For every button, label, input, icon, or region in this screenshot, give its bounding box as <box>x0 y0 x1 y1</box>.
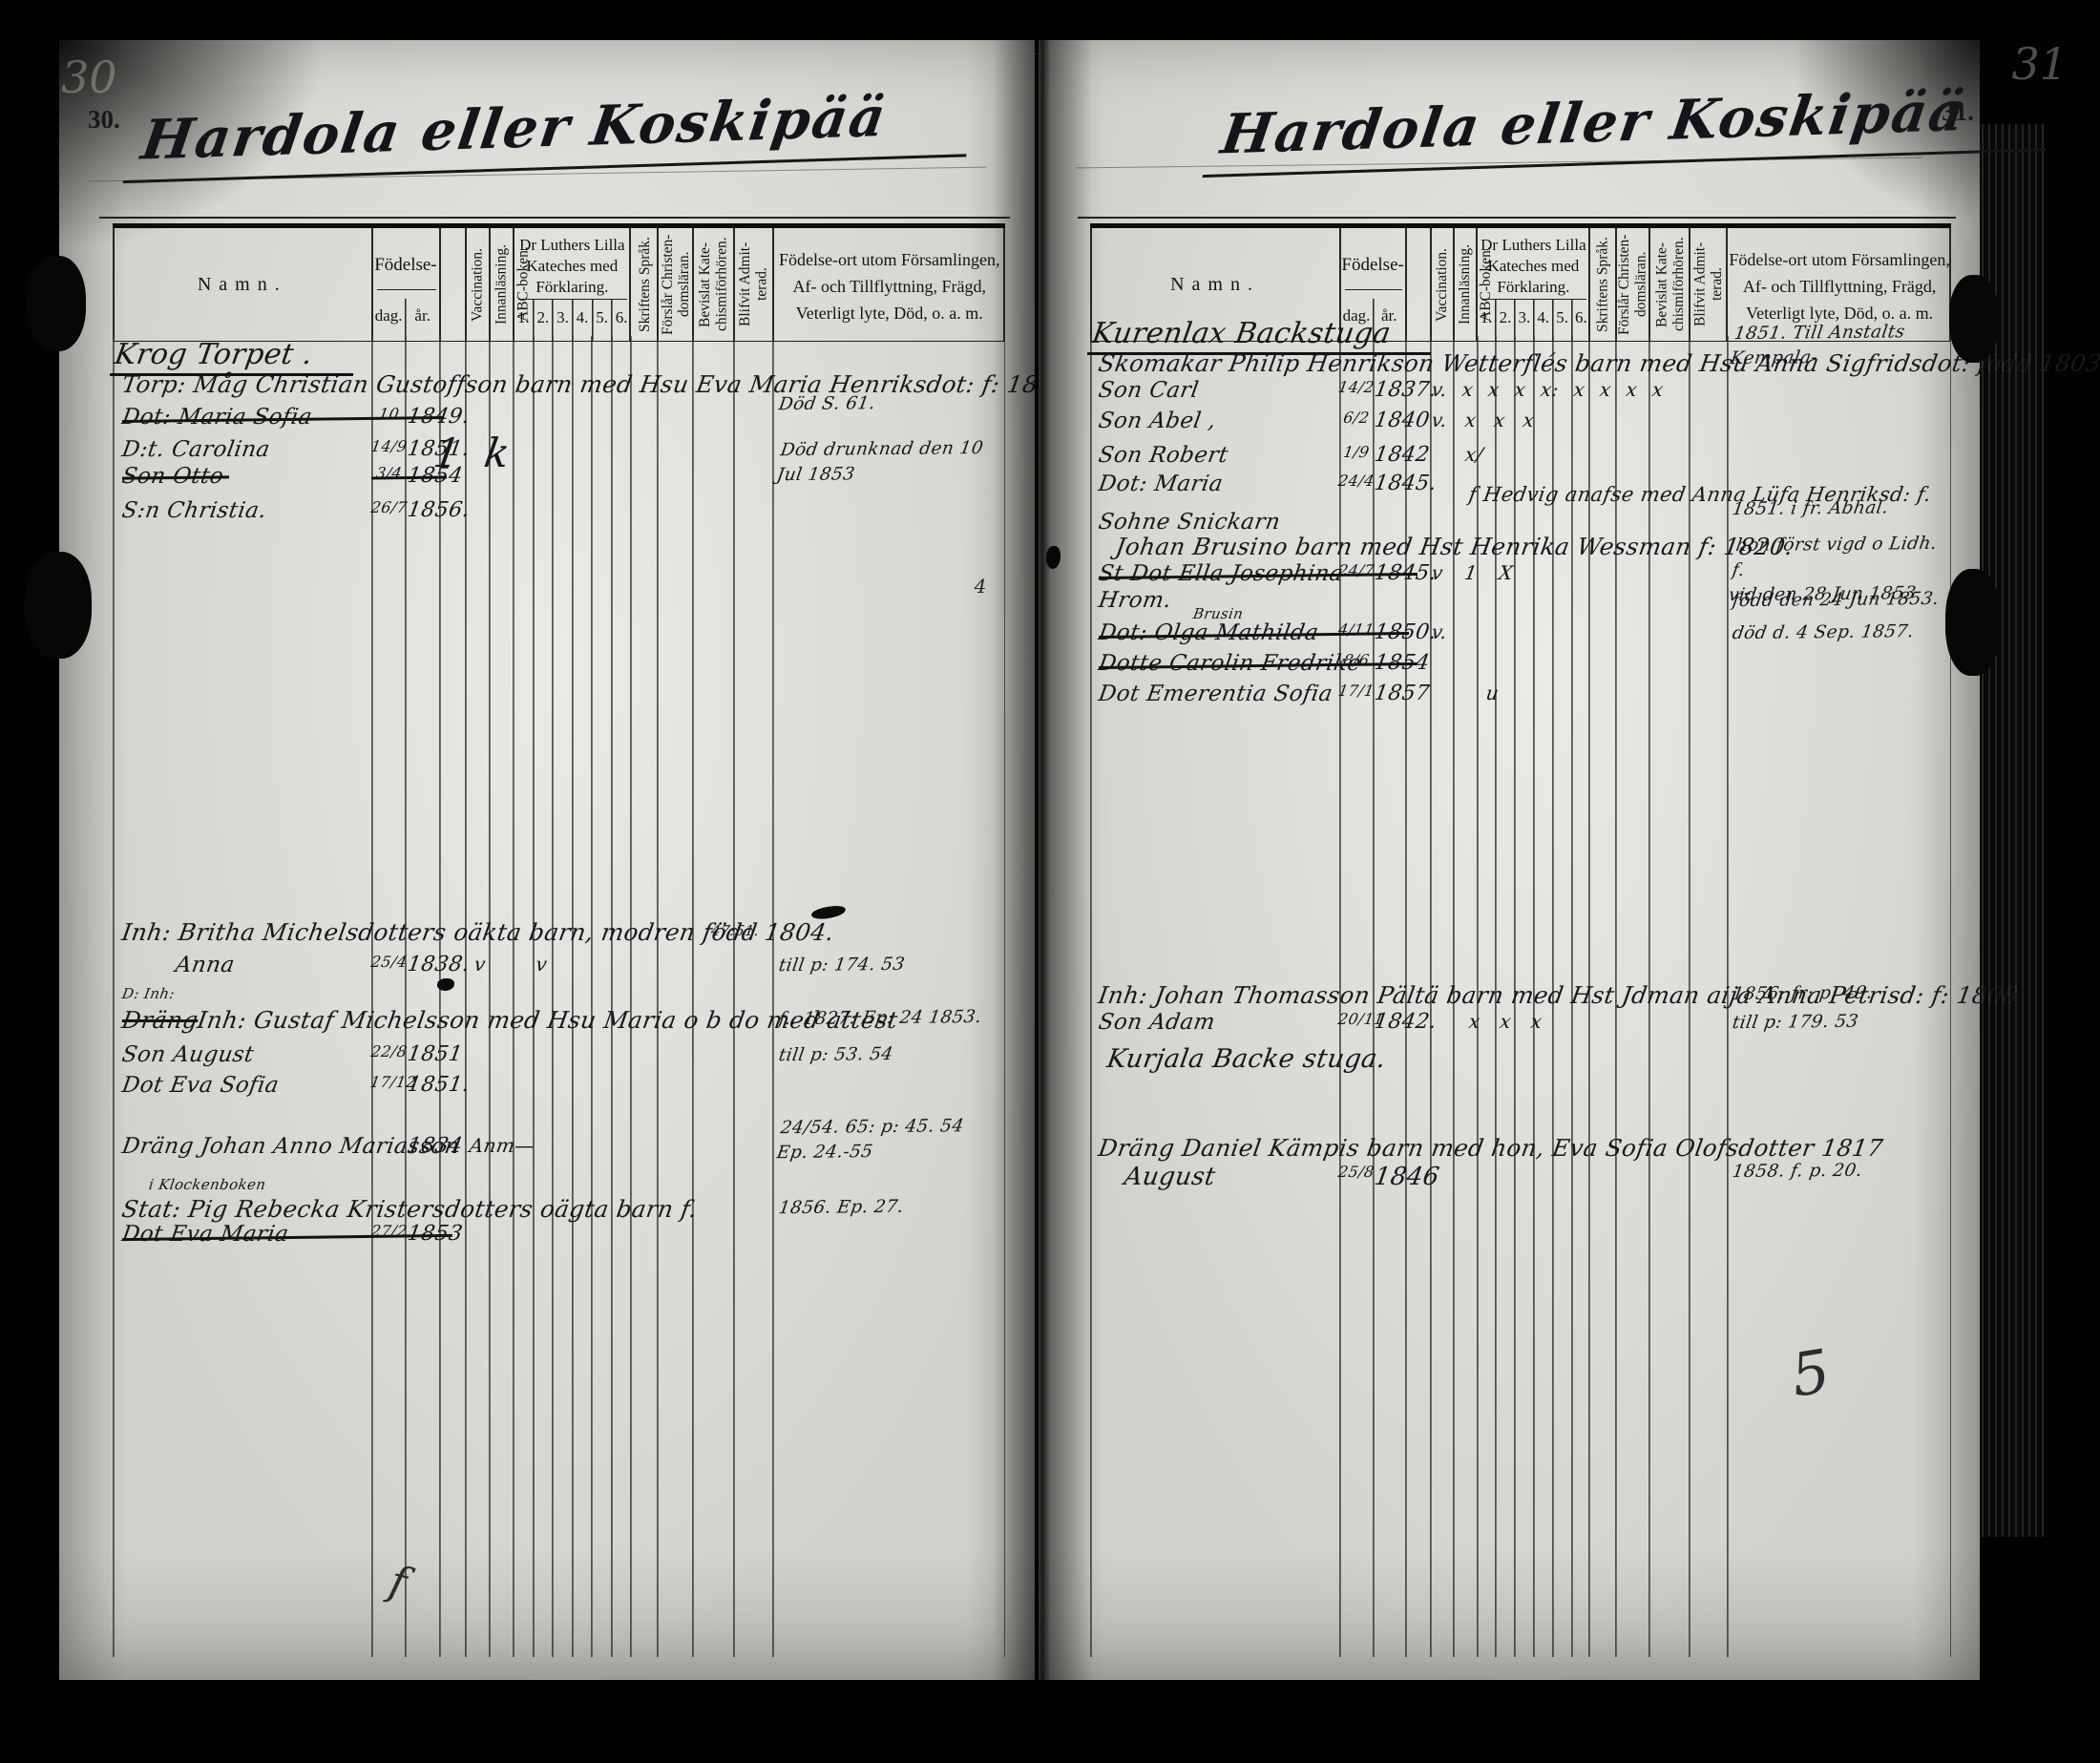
col-notes: Födelse-ort utom Församlingen, Af- och T… <box>773 247 1005 327</box>
entry-birth-year: 1851. <box>406 1073 472 1097</box>
entry-name: August <box>1123 1163 1218 1191</box>
table-row: Dot Emerentia Sofia 17/1 1857 u <box>1090 682 1951 724</box>
page-title-text: Hardola eller Koskipää <box>122 82 976 183</box>
col-namn: Namn. <box>113 274 371 296</box>
col-bevislat: Bevislat Kate- chismiförhören. <box>693 231 734 338</box>
table-body: Krog Torpet . Torp: Måg Christian Gustof… <box>113 336 1005 1657</box>
col-innanlasning: Innanläsning. <box>489 231 514 338</box>
entry-note: f.: 1827: Ep: 24 1853. <box>777 1005 1002 1032</box>
entry-name: Hrom. <box>1097 588 1173 613</box>
page-number: 31. <box>1942 97 1974 127</box>
entry-birth-day: 6/2 <box>1337 409 1376 427</box>
entry-note: till p: 53. 54 <box>777 1041 1002 1068</box>
entry-birth-year: 1834 <box>406 1134 465 1158</box>
col-kateches: Dr Luthers Lilla Kateches med Förklaring… <box>514 235 631 298</box>
entry-birth-day: 4/11 <box>1337 620 1376 639</box>
entry-name: Dot Emerentia Sofia <box>1097 682 1334 706</box>
entry-birth-year: 1857 <box>1373 682 1432 705</box>
entry-name: Dot Eva Sofia <box>119 1073 280 1098</box>
entry-annotation: i Klockenboken <box>147 1176 266 1193</box>
col-kateches-4: 4. <box>573 308 592 327</box>
entry-note: död d. 4 Sep. 1857. <box>1731 619 1948 646</box>
col-namn: Namn. <box>1090 274 1340 296</box>
col-vaccination: Vaccination. <box>465 231 490 338</box>
col-forslar: Förslår Christen- domsläran. <box>659 231 693 338</box>
entry-note: till p: 174. 53 <box>777 952 1002 978</box>
table-row: Anna 25/4 1838. v v till p: 174. 53 <box>113 953 1005 995</box>
entry-birth-day: 1/9 <box>1337 443 1376 461</box>
table-row: Dot Eva Maria 27/2 1853 <box>113 1222 1005 1264</box>
margin-mark: 4 <box>975 575 987 598</box>
entry-name: Son Robert <box>1097 443 1230 468</box>
entry-annotation: D: Inh: <box>120 985 176 1002</box>
page-title: Hardola eller Koskipää <box>128 95 972 170</box>
entry-note: Död S. 61. <box>777 390 1002 417</box>
col-dag: dag. <box>371 306 406 325</box>
entry-birth-day: 24/7 <box>1337 561 1376 579</box>
ghost-page-number-left: 30 <box>61 52 117 103</box>
col-kateches: Dr Luthers Lilla Kateches med Förklaring… <box>1477 235 1589 298</box>
entry-note: 1856. Ep. 27. <box>777 1194 1002 1221</box>
col-ar: år. <box>406 306 440 325</box>
entry-birth-day: 25/8 <box>1337 1163 1376 1181</box>
entry-name: Anna <box>174 953 237 977</box>
entry-note: född den 24 Jun 1853. <box>1731 587 1948 614</box>
entry-birth-day: 8/6 <box>1337 651 1376 669</box>
entry-name: Dot Eva Maria <box>119 1222 289 1247</box>
entry-birth-day: 25/4 <box>368 953 409 971</box>
table-row: Kurjala Backe stuga. <box>1090 1044 1951 1086</box>
entry-name: Son Abel , <box>1097 409 1218 433</box>
col-skriftens-sprak: Skriftens Språk. <box>631 231 659 338</box>
book-clasp <box>25 552 92 659</box>
col-blifvit: Blifvit Admit- terad. <box>734 231 773 338</box>
entry-birth-year: 1851 <box>406 1042 465 1066</box>
entry-birth-year: 1837. <box>1373 378 1438 402</box>
entry-marks: v 1 X <box>1430 561 1515 584</box>
entry-birth-day: 17/1 <box>1337 682 1376 700</box>
col-kateches-6: 6. <box>612 308 631 327</box>
col-kateches-1: 1. <box>514 308 533 327</box>
col-fodelse: Födelse- <box>1340 255 1406 276</box>
col-kateches-3: 3. <box>553 308 572 327</box>
col-fodelse: Födelse- <box>371 255 439 276</box>
entry-note: till p: 179. 53 <box>1731 1009 1948 1036</box>
entry-birth-day: 20/11 <box>1337 1010 1376 1028</box>
entry-name: Son Adam <box>1097 1010 1217 1035</box>
entry-marks: v. x x x <box>1430 409 1536 431</box>
book-clasp <box>1945 569 2001 676</box>
entry-birth-year: 1838. <box>406 953 472 976</box>
col-kateches-divider <box>518 299 627 300</box>
entry-marks: u <box>1484 682 1501 704</box>
entry-birth-day: 22/8 <box>368 1042 409 1060</box>
table-body: Kurenlax Backstuga Skomakar Philip Henri… <box>1090 336 1951 1657</box>
entry-name: Johan Brusino barn med Hst Henrika Wessm… <box>1114 533 1795 560</box>
book-clasp <box>27 256 86 351</box>
entry-note: 1851. Till Anstalts Kempala- <box>1729 320 1950 371</box>
entry-name: Sohne Snickarn <box>1097 510 1282 535</box>
table-row: Dot Eva Sofia 17/12 1851. <box>113 1073 1005 1115</box>
entry-marks: Anm— <box>468 1134 536 1157</box>
right-page: 31. Hardola eller Koskipää Namn. Födelse… <box>1039 40 1980 1680</box>
col-notes: Födelse-ort utom Församlingen, Af- och T… <box>1728 247 1952 327</box>
page-title-text: Hardola eller Koskipää <box>1203 76 2057 178</box>
left-page: 30. Hardola eller Koskipää Namn. Födelse… <box>59 40 1035 1680</box>
entry-struck-prefix: Dräng <box>119 1006 195 1034</box>
entry-name: Son August <box>119 1042 255 1067</box>
ghost-page-number-right: 31 <box>2011 38 2068 90</box>
entry-marks: v. <box>1430 620 1449 643</box>
entry-name: S:n Christia. <box>119 498 267 523</box>
col-kateches-5: 5. <box>592 308 611 327</box>
entry-name: Dräng Daniel Kämpis barn med hon, Eva So… <box>1097 1134 1885 1162</box>
scanned-parish-register-photo: { "photo": { "ghost_left_page_number": "… <box>0 0 2100 1763</box>
entry-place-heading: Kurjala Backe stuga. <box>1105 1044 1389 1074</box>
entry-marks: v. x x x x: x x x x <box>1430 378 1666 401</box>
entry-marks: x/ <box>1463 443 1485 466</box>
col-fodelse-divider <box>377 289 436 290</box>
entry-birth-year: 1842 <box>1373 443 1432 467</box>
page-number: 30. <box>88 105 120 135</box>
col-kateches-divider <box>1481 299 1586 300</box>
entry-birth-year: 1840 <box>1373 409 1432 432</box>
ink-blot <box>1046 546 1060 569</box>
col-kateches-2: 2. <box>534 308 553 327</box>
entry-marks: x x x <box>1467 1010 1543 1033</box>
col-fodelse-divider <box>1345 289 1402 290</box>
entry-birth-day: 26/7 <box>368 498 409 516</box>
entry-birth-day: 14/2 <box>1337 378 1376 396</box>
entry-name: Stat: Pig Rebecka Kristersdotters oägta … <box>119 1195 699 1223</box>
entry-marks: 47:51. <box>709 922 760 939</box>
table-header: Namn. Födelse- dag. år. Vaccination. Inn… <box>113 223 1005 342</box>
entry-birth-day: 10 <box>368 405 409 423</box>
entry-birth-year: 1846 <box>1373 1163 1442 1191</box>
entry-birth-day: 17/12 <box>368 1073 409 1091</box>
table-row: S:n Christia. 26/7 1856. <box>113 498 1005 540</box>
table-row: Dräng Johan Anno Mariasson 1834 Anm— 24/… <box>113 1134 1005 1176</box>
entry-name: Skomakar Philip Henrikson Wetterflés bar… <box>1097 349 2100 377</box>
entry-name: Son Carl <box>1097 378 1201 403</box>
entry-note: 24/54. 65: p: 45. 54 Ep. 24.-55 <box>775 1114 1004 1165</box>
entry-name: D:t. Carolina <box>119 437 271 462</box>
entry-birth-year: 1856. <box>406 498 472 522</box>
entry-birth-year: 1842. <box>1373 1010 1438 1034</box>
entry-marks: v v <box>472 953 549 976</box>
entry-birth-day: 14/9 <box>368 437 409 455</box>
entry-note: 1856: fr: p: 49. <box>1731 980 1948 1007</box>
table-row: August 25/8 1846 <box>1090 1163 1951 1205</box>
book-clasp <box>1949 275 1999 363</box>
page-title: Hardola eller Koskipää <box>1207 90 2051 164</box>
